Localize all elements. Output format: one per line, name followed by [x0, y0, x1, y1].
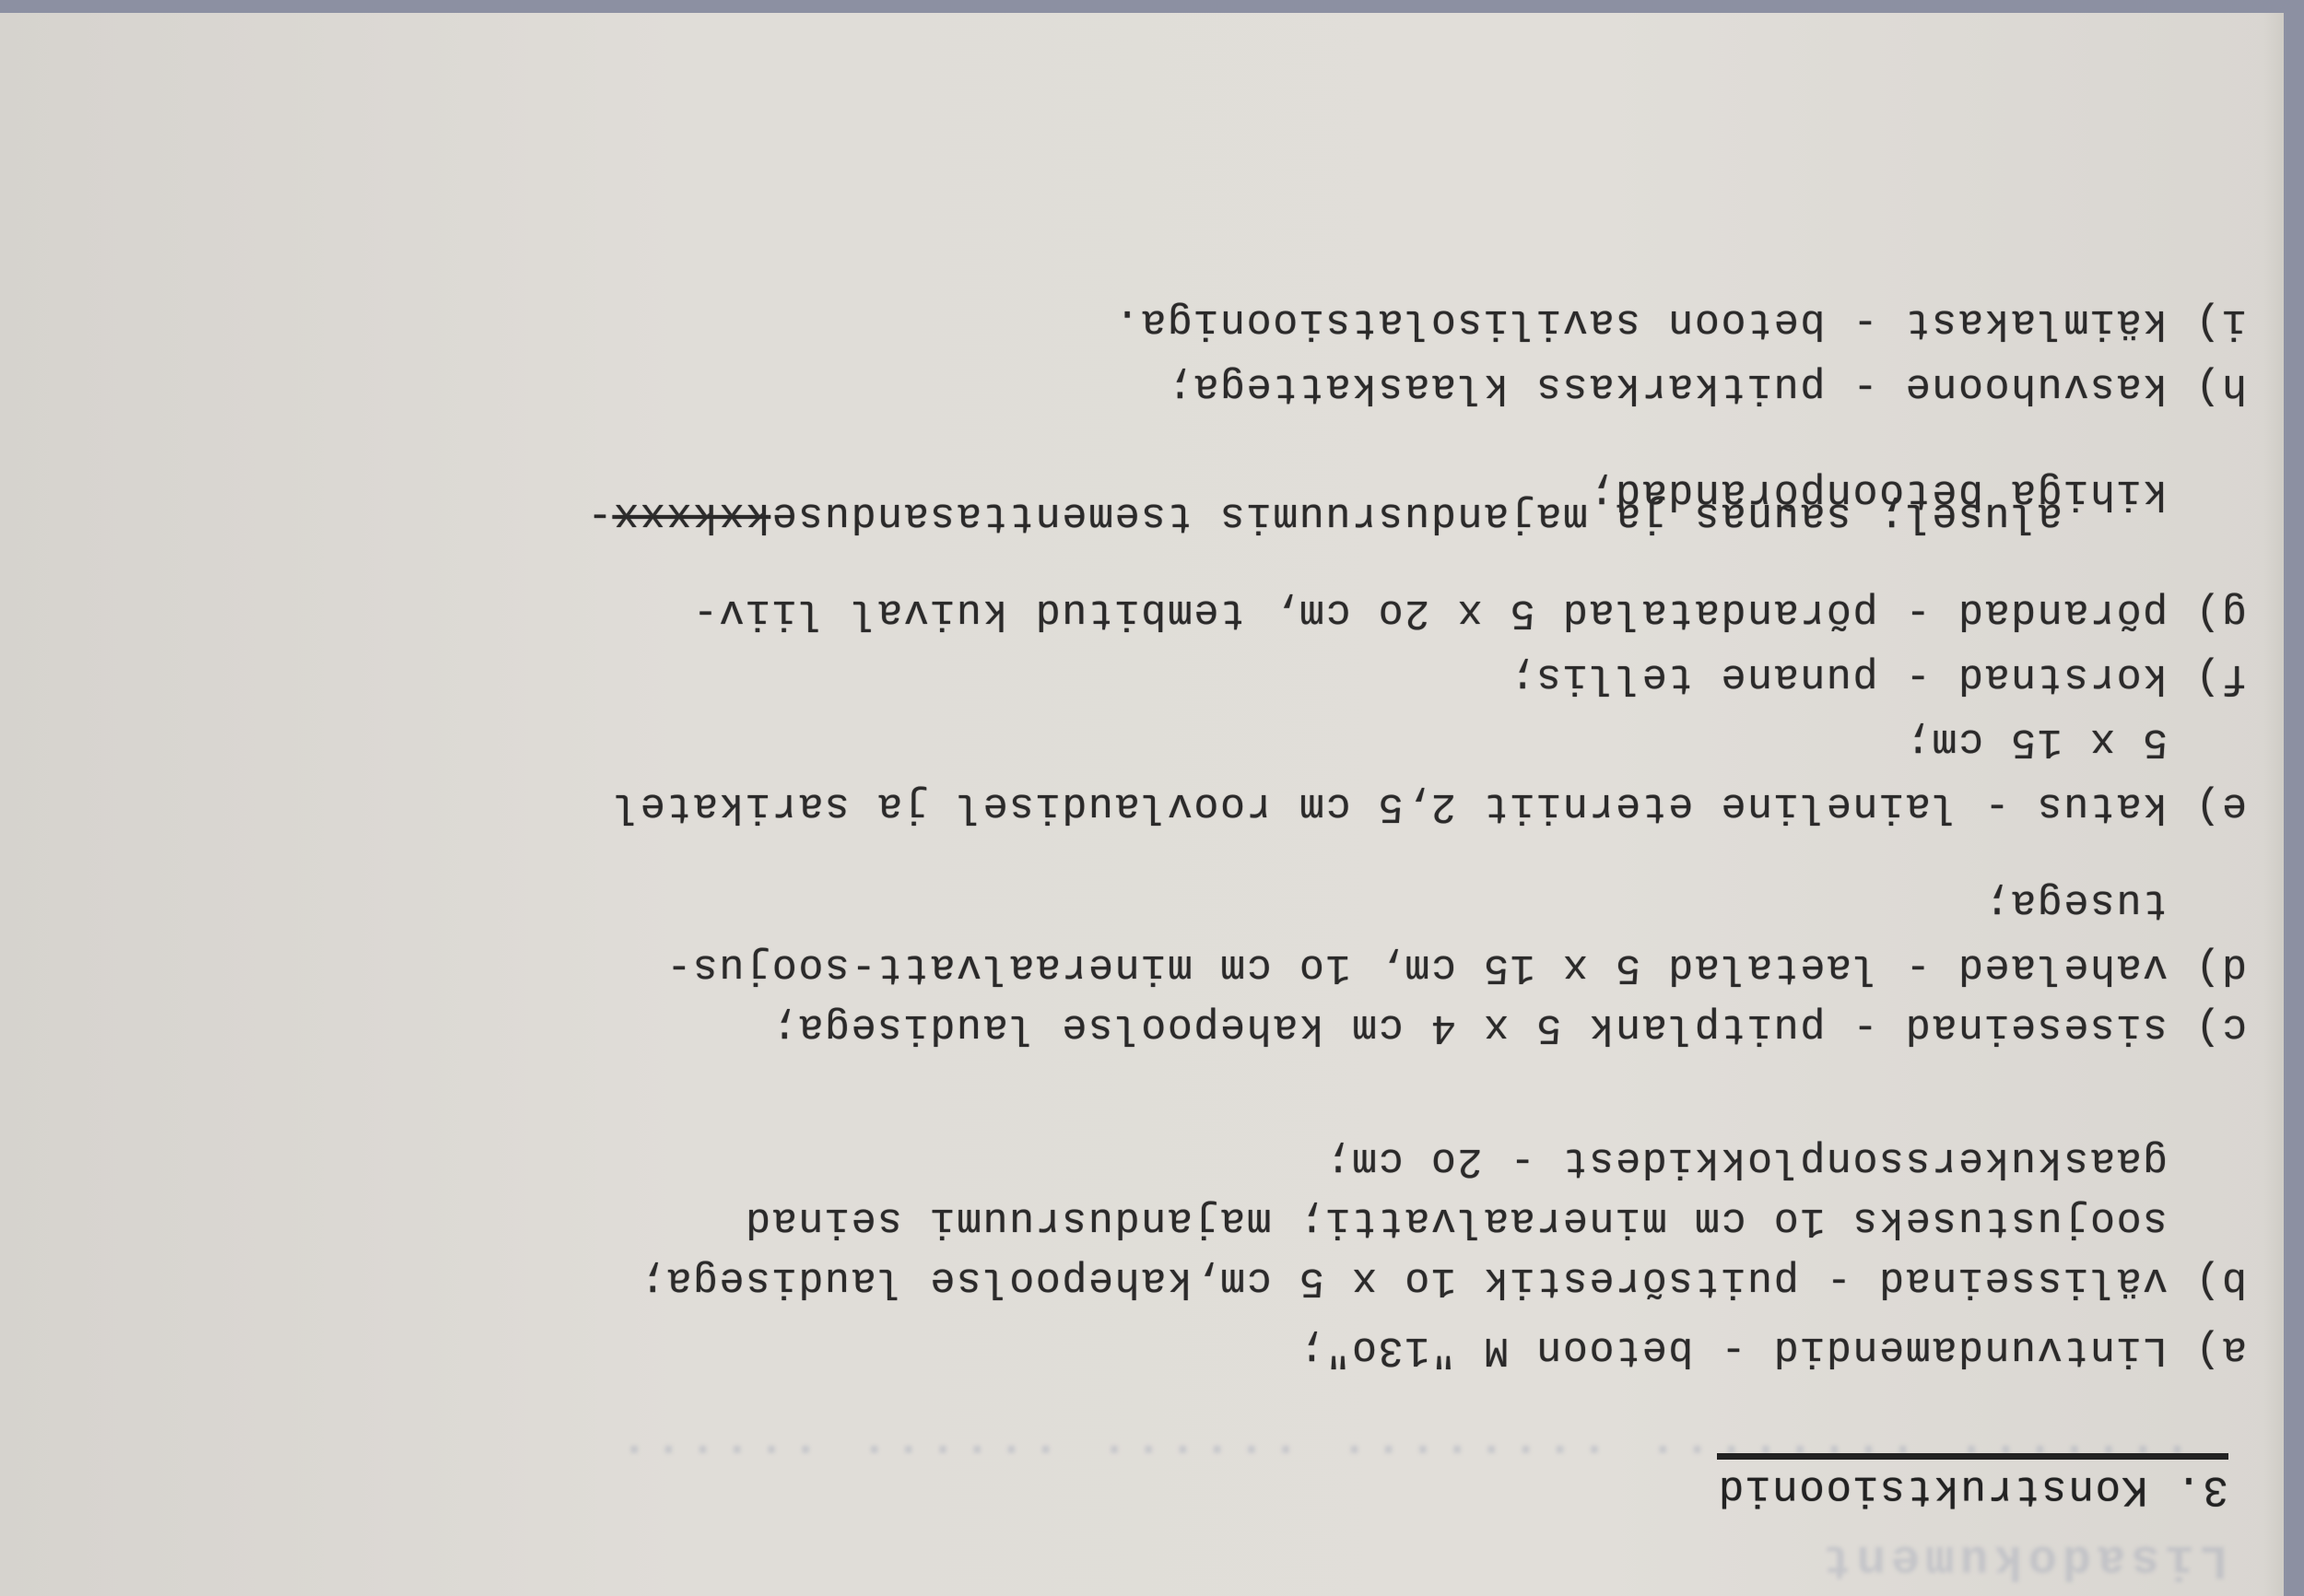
- list-item-e: e) katus - laineline eterniit 2,5 cm roo…: [613, 785, 2247, 827]
- list-item-b-continuation: soojustuseks 1o cm mineraalvatti; majand…: [745, 1200, 2247, 1241]
- list-item-d: d) vahelaed - laetalad 5 x 15 cm, 1o cm …: [665, 946, 2247, 988]
- list-item-a: a) Lintvundamendid - betoon M "13o";: [1298, 1329, 2247, 1370]
- list-item-i: i) käimlakast - betoon savilisolatsiooni…: [1113, 301, 2247, 343]
- bleed-through-text: Lisadokument: [1817, 1532, 2228, 1587]
- list-item-h: h) kasvuhoone - puitkarkass klaaskattega…: [1166, 366, 2247, 407]
- list-item-d-continuation: tusega;: [1983, 882, 2247, 923]
- list-item-g-continuation: kihiga betoonpõrandad;: [1588, 472, 2247, 513]
- typed-document-page: Lisadokument ....... ........ ........ .…: [0, 13, 2284, 1596]
- hyphen: -: [586, 492, 613, 539]
- list-item-b: b) välisseinad - puitsõrestik 1o x 5 cm,…: [639, 1260, 2247, 1301]
- list-item-e-continuation: 5 x 15 cm;: [1904, 721, 2247, 762]
- list-item-c: c) siseseinad - puitplank 5 x 4 cm kahep…: [770, 1006, 2247, 1048]
- list-item-f: f) korstnad - punane tellis;: [1509, 656, 2247, 698]
- list-item-b-continuation: gaaskukerssonplokkidest - 2o cm;: [1324, 1140, 2247, 1181]
- list-item-g: g) põrandad - põrandatalad 5 x 2o cm, te…: [691, 592, 2247, 633]
- struck-out-text: kxkxxx: [613, 492, 771, 539]
- section-heading: 3. Konstruktsioonid: [1717, 1453, 2228, 1513]
